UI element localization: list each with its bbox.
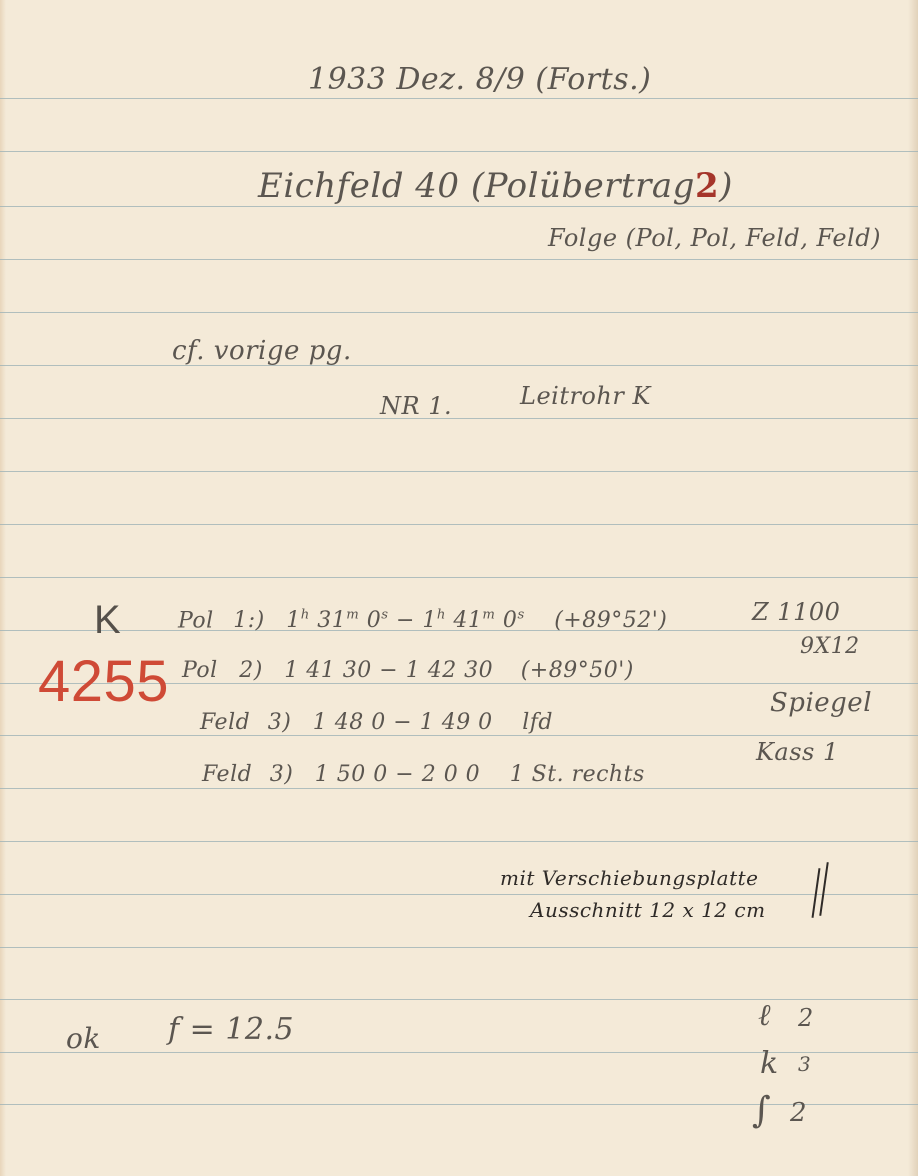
title-main: Eichfeld 40 (Polübertrag: [258, 166, 695, 206]
ruled-line: [0, 98, 918, 99]
notebook-page: 1933 Dez. 8/9 (Forts.) Eichfeld 40 (Polü…: [0, 0, 918, 1176]
observation-row: Feld 3) 1 48 0 − 1 49 0 lfd: [200, 710, 553, 735]
ruled-line: [0, 947, 918, 948]
plate-note-line1: mit Verschiebungsplatte: [500, 866, 759, 890]
tally-count: 3: [798, 1052, 811, 1076]
tally-symbol: ∫: [752, 1090, 771, 1131]
ruled-line: [0, 471, 918, 472]
ruled-line: [0, 524, 918, 525]
title-close: ): [719, 166, 733, 206]
ruled-line: [0, 151, 918, 152]
sequence-line: Folge (Pol, Pol, Feld, Feld): [548, 224, 881, 252]
ruled-line: [0, 206, 918, 207]
ruled-line: [0, 418, 918, 419]
ruled-line: [0, 312, 918, 313]
ruled-line: [0, 577, 918, 578]
ruled-line: [0, 1104, 918, 1105]
side-note-spiegel: Spiegel: [770, 688, 872, 718]
side-note-format: 9X12: [800, 634, 860, 659]
nr-note: NR 1.: [380, 392, 452, 420]
side-note-z: Z 1100: [752, 598, 840, 626]
tally-count: 2: [798, 1004, 814, 1032]
ruled-line: [0, 894, 918, 895]
marker-k: K: [94, 598, 121, 643]
observation-row: Pol 2) 1 41 30 − 1 42 30 (+89°50'): [182, 658, 634, 683]
ruled-line: [0, 841, 918, 842]
red-mark: 2: [695, 166, 719, 206]
ok-note: ok: [66, 1022, 101, 1055]
ruled-line: [0, 365, 918, 366]
ruled-line: [0, 1052, 918, 1053]
reference-note: cf. vorige pg.: [172, 336, 352, 366]
leitrohr-note: Leitrohr K: [520, 382, 651, 410]
date-line: 1933 Dez. 8/9 (Forts.): [308, 62, 651, 97]
observation-row: Pol 1:) 1h 31m 0s − 1h 41m 0s (+89°52'): [178, 608, 667, 633]
tally-symbol: ℓ: [758, 998, 771, 1033]
ruled-line: [0, 788, 918, 789]
tally-count: 2: [790, 1098, 807, 1128]
side-note-kassette: Kass 1: [756, 738, 839, 766]
ruled-line: [0, 735, 918, 736]
plate-note-line2: Ausschnitt 12 x 12 cm: [530, 898, 766, 922]
plate-number: 4255: [38, 648, 169, 715]
focal-note: f = 12.5: [168, 1012, 294, 1047]
ruled-line: [0, 999, 918, 1000]
bracket-mark: [819, 862, 828, 916]
observation-row: Feld 3) 1 50 0 − 2 0 0 1 St. rechts: [202, 762, 645, 787]
tally-symbol: k: [760, 1046, 779, 1081]
title-line: Eichfeld 40 (Polübertrag2): [258, 166, 733, 206]
ruled-line: [0, 259, 918, 260]
